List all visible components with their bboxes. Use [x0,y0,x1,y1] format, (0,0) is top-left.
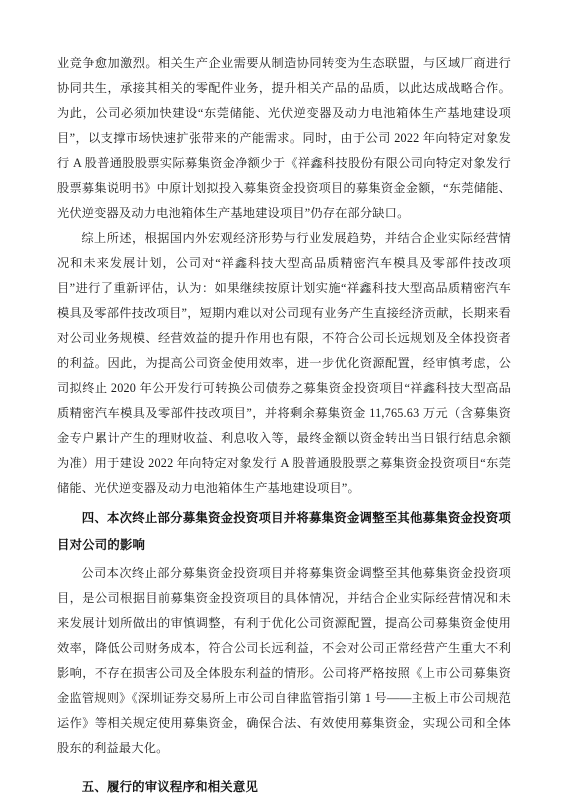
paragraph-summary: 综上所述，根据国内外宏观经济形势与行业发展趋势，并结合企业实际经营情况和未来发展… [57,226,511,501]
section-heading-5: 五、履行的审议程序和相关意见 [57,774,511,801]
paragraph-continuation: 业竞争愈加激烈。相关生产企业需要从制造协同转变为生态联盟，与区域厂商进行协同共生… [57,51,511,226]
paragraph-impact: 公司本次终止部分募集资金投资项目并将募集资金调整至其他募集资金投资项目，是公司根… [57,561,511,761]
document-page: 业竞争愈加激烈。相关生产企业需要从制造协同转变为生态联盟，与区域厂商进行协同共生… [0,0,567,808]
document-content: 业竞争愈加激烈。相关生产企业需要从制造协同转变为生态联盟，与区域厂商进行协同共生… [57,51,511,803]
section-heading-4: 四、本次终止部分募集资金投资项目并将募集资金调整至其他募集资金投资项目对公司的影… [57,505,511,559]
